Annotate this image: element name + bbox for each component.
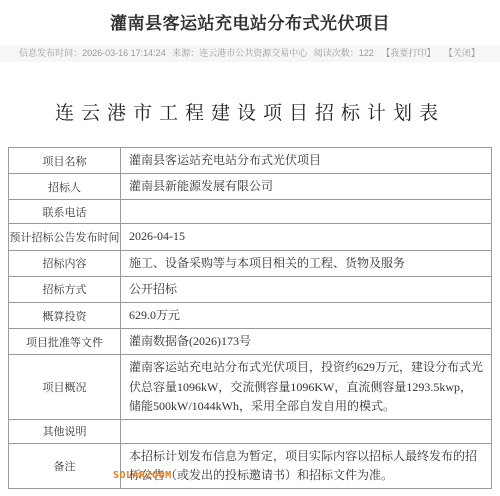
- table-row: 招标人 灌南县新能源发展有限公司: [9, 173, 491, 199]
- row-value-announce-date: 2026-04-15: [121, 224, 491, 249]
- views-count: 122: [359, 48, 374, 58]
- row-value-bid-method: 公开招标: [121, 277, 491, 302]
- row-value-phone: [121, 200, 491, 223]
- table-row: 招标内容 施工、设备采购等与本项目相关的工程、货物及服务: [9, 250, 491, 276]
- row-value-project-name: 灌南县客运站充电站分布式光伏项目: [121, 148, 491, 173]
- publish-time-label: 信息发布时间：: [19, 48, 82, 58]
- source-value: 连云港市公共资源交易中心: [199, 48, 307, 58]
- table-row: 项目概况 灌南客运站充电站分布式光伏项目，投资约629万元，建设分布式光伏总容量…: [9, 354, 491, 419]
- bidding-plan-table: 项目名称 灌南县客运站充电站分布式光伏项目 招标人 灌南县新能源发展有限公司 联…: [8, 147, 492, 489]
- row-label-phone: 联系电话: [9, 200, 121, 223]
- solarzoom-watermark: SOLARZOOM: [113, 468, 483, 484]
- table-row: 项目名称 灌南县客运站充电站分布式光伏项目: [9, 148, 491, 173]
- table-row: 备注 本招标计划发布信息为暂定，项目实际内容以招标人最终发布的招标公告（或发出的…: [9, 443, 491, 488]
- table-row: 概算投资 629.0万元: [9, 302, 491, 328]
- row-label-remarks: 备注: [9, 444, 121, 488]
- row-label-other-notes: 其他说明: [9, 420, 121, 443]
- row-value-approval-document: 灌南数据备(2026)173号: [121, 329, 491, 354]
- document-title: 连云港市工程建设项目招标计划表: [0, 101, 500, 127]
- table-row: 其他说明: [9, 419, 491, 443]
- row-label-announce-date: 预计招标公告发布时间: [9, 224, 121, 249]
- views-label: 阅读次数：: [314, 48, 359, 58]
- row-label-approval-document: 项目批准等文件: [9, 329, 121, 354]
- table-row: 联系电话: [9, 199, 491, 223]
- row-label-bid-method: 招标方式: [9, 277, 121, 302]
- table-row: 项目批准等文件 灌南数据备(2026)173号: [9, 328, 491, 354]
- row-value-bid-content: 施工、设备采购等与本项目相关的工程、货物及服务: [121, 251, 491, 276]
- source-label: 来源：: [172, 48, 199, 58]
- row-value-other-notes: [121, 420, 491, 443]
- row-value-tenderer: 灌南县新能源发展有限公司: [121, 174, 491, 199]
- row-label-project-name: 项目名称: [9, 148, 121, 173]
- row-label-tenderer: 招标人: [9, 174, 121, 199]
- row-label-bid-content: 招标内容: [9, 251, 121, 276]
- publish-time-value: 2026-03-16 17:14:24: [82, 48, 166, 58]
- row-value-project-overview: 灌南客运站充电站分布式光伏项目，投资约629万元，建设分布式光伏总容量1096k…: [121, 355, 491, 419]
- print-link[interactable]: 【我要打印】: [381, 48, 435, 58]
- page-title: 灌南县客运站充电站分布式光伏项目: [0, 12, 500, 36]
- close-link[interactable]: 【关闭】: [444, 48, 480, 58]
- row-label-estimated-investment: 概算投资: [9, 303, 121, 328]
- row-value-estimated-investment: 629.0万元: [121, 303, 491, 328]
- table-row: 预计招标公告发布时间 2026-04-15: [9, 223, 491, 249]
- row-label-project-overview: 项目概况: [9, 355, 121, 419]
- table-row: 招标方式 公开招标: [9, 276, 491, 302]
- row-value-remarks: 本招标计划发布信息为暂定，项目实际内容以招标人最终发布的招标公告（或发出的投标邀…: [121, 444, 491, 488]
- meta-info-bar: 信息发布时间：2026-03-16 17:14:24 来源：连云港市公共资源交易…: [0, 45, 500, 62]
